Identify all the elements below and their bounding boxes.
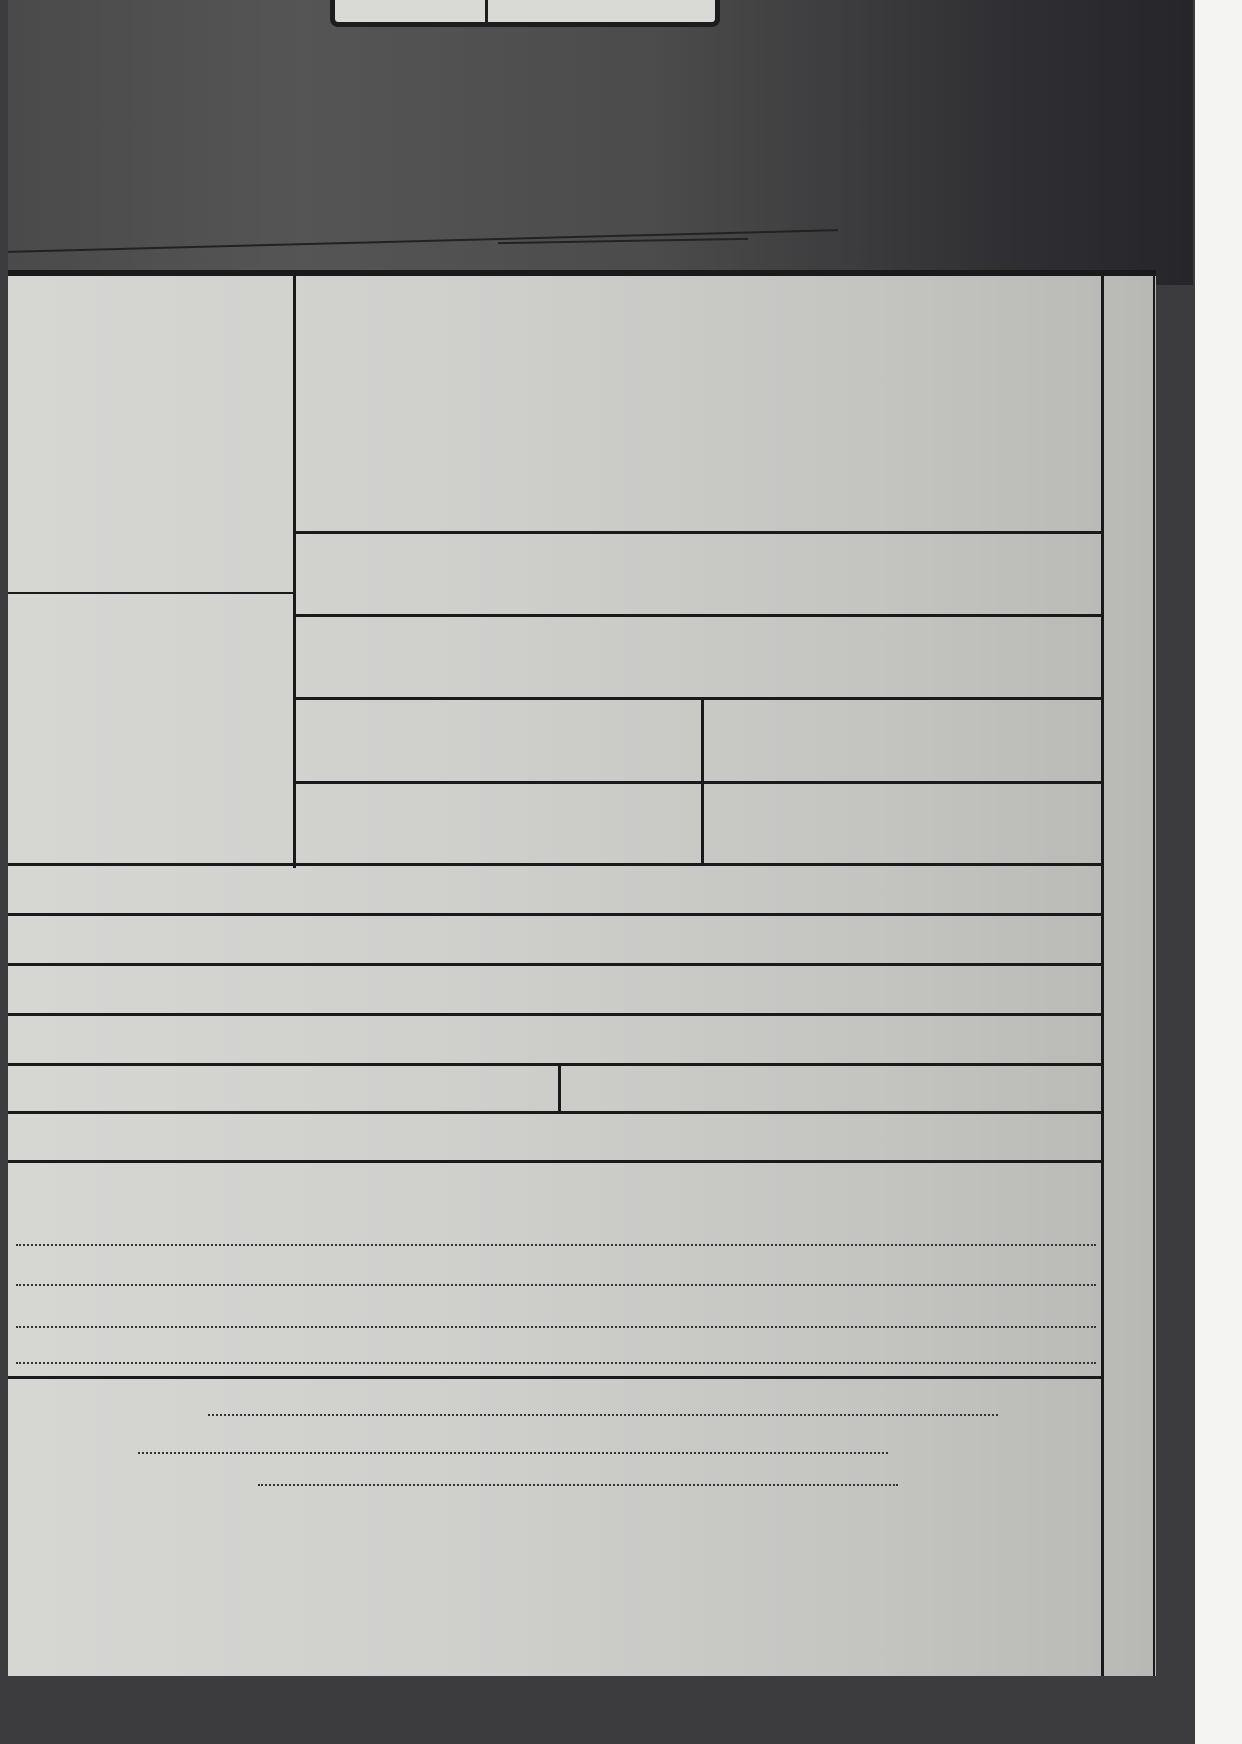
testimony-form (8, 270, 1156, 1676)
file-number-box (330, 0, 720, 27)
scan-shadow-top (8, 0, 1193, 285)
scanned-page (0, 0, 1195, 1744)
